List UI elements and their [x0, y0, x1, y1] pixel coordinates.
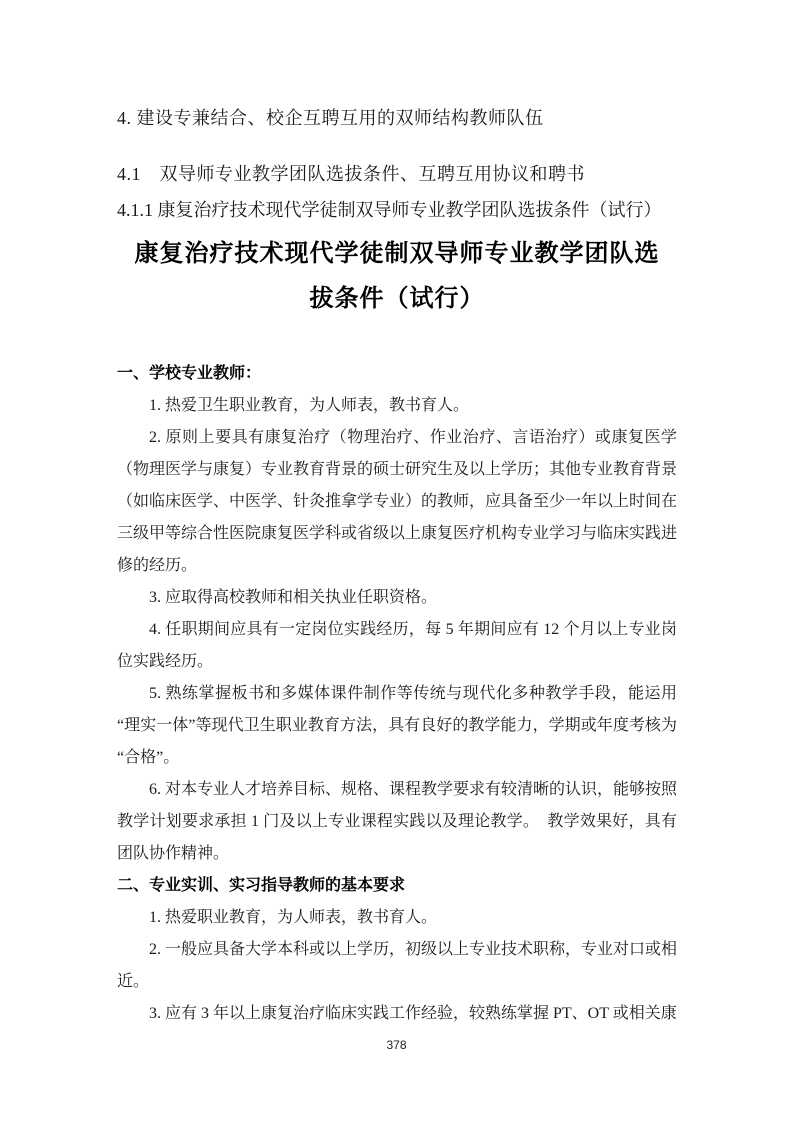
- document-title-line1: 康复治疗技术现代学徒制双导师专业教学团队选: [135, 241, 660, 267]
- heading-section-4: 4. 建设专兼结合、校企互聘互用的双师结构教师队伍: [117, 105, 677, 131]
- section-2-item-1: 1. 热爱职业教育，为人师表，教书育人。: [117, 902, 677, 934]
- document-page: 4. 建设专兼结合、校企互聘互用的双师结构教师队伍 4.1 双导师专业教学团队选…: [0, 0, 793, 1122]
- page-number: 378: [0, 1038, 793, 1052]
- heading-section-4-1: 4.1 双导师专业教学团队选拔条件、互聘互用协议和聘书: [117, 161, 677, 187]
- section-1-heading: 一、学校专业教师：: [117, 358, 677, 390]
- document-title-line2: 拔条件（试行）: [310, 286, 485, 312]
- section-1-item-6: 6. 对本专业人才培养目标、规格、课程教学要求有较清晰的认识，能够按照教学计划要…: [117, 774, 677, 870]
- section-2-item-2: 2. 一般应具备大学本科或以上学历，初级以上专业技术职称，专业对口或相近。: [117, 934, 677, 998]
- section-1-item-2: 2. 原则上要具有康复治疗（物理治疗、作业治疗、言语治疗）或康复医学（物理医学与…: [117, 422, 677, 582]
- section-2-heading: 二、专业实训、实习指导教师的基本要求: [117, 870, 677, 902]
- document-title: 康复治疗技术现代学徒制双导师专业教学团队选拔条件（试行）: [117, 222, 677, 322]
- section-1-item-4: 4. 任职期间应具有一定岗位实践经历，每 5 年期间应有 12 个月以上专业岗位…: [117, 614, 677, 678]
- heading-section-4-1-1: 4.1.1 康复治疗技术现代学徒制双导师专业教学团队选拔条件（试行）: [117, 198, 677, 222]
- section-1-item-5: 5. 熟练掌握板书和多媒体课件制作等传统与现代化多种教学手段，能运用“理实一体”…: [117, 678, 677, 774]
- section-1-item-1: 1. 热爱卫生职业教育，为人师表，教书育人。: [117, 390, 677, 422]
- section-2-item-3: 3. 应有 3 年以上康复治疗临床实践工作经验，较熟练掌握 PT、OT 或相关康: [117, 998, 677, 1030]
- document-body: 一、学校专业教师： 1. 热爱卫生职业教育，为人师表，教书育人。 2. 原则上要…: [117, 358, 677, 1030]
- section-1-item-3: 3. 应取得高校教师和相关执业任职资格。: [117, 582, 677, 614]
- document-content: 4. 建设专兼结合、校企互聘互用的双师结构教师队伍 4.1 双导师专业教学团队选…: [117, 0, 677, 1030]
